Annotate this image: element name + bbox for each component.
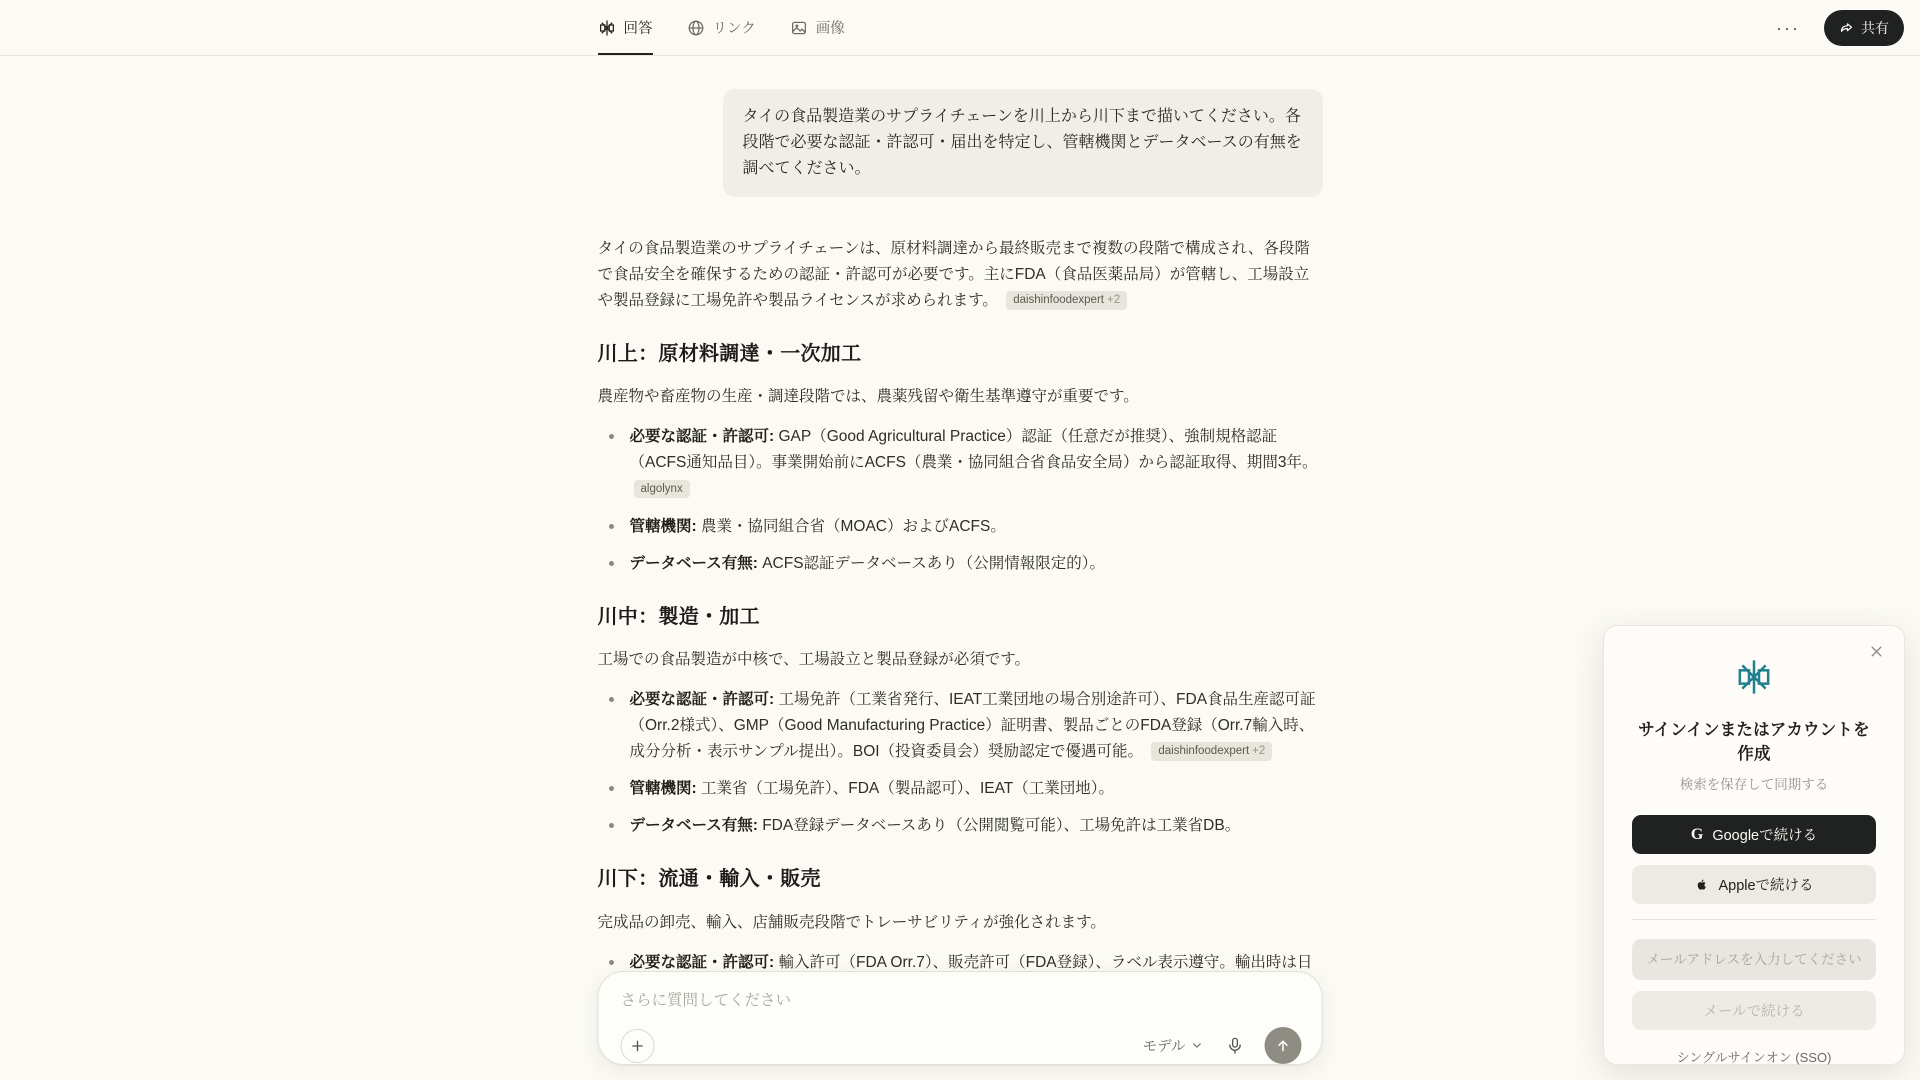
tab-links[interactable]: リンク bbox=[687, 0, 756, 55]
plus-icon bbox=[630, 1038, 646, 1054]
section-heading-downstream: 川下：流通・輸入・販売 bbox=[598, 863, 1323, 897]
google-icon: G bbox=[1691, 826, 1703, 844]
voice-input-button[interactable] bbox=[1224, 1034, 1247, 1057]
section-intro: 農産物や畜産物の生産・調達段階では、農薬残留や衛生基準遵守が重要です。 bbox=[598, 384, 1323, 410]
submit-button[interactable] bbox=[1265, 1027, 1302, 1064]
list-item: データベース有無: ACFS認証データベースあり（公開情報限定的）。 bbox=[598, 551, 1323, 577]
tab-images[interactable]: 画像 bbox=[790, 0, 845, 55]
perplexity-icon bbox=[598, 19, 616, 37]
citation-badge[interactable]: daishinfoodexpert+2 bbox=[1006, 291, 1127, 310]
share-icon bbox=[1839, 21, 1854, 36]
thread-content: タイの食品製造業のサプライチェーンを川上から川下まで描いてください。各段階で必要… bbox=[598, 0, 1323, 1060]
image-icon bbox=[790, 19, 808, 37]
section-heading-upstream: 川上：原材料調達・一次加工 bbox=[598, 338, 1323, 372]
apple-button-label: Appleで続ける bbox=[1718, 874, 1813, 895]
section-intro: 完成品の卸売、輸入、店舗販売段階でトレーサビリティが強化されます。 bbox=[598, 910, 1323, 936]
bullet-list: 必要な認証・許認可: GAP（Good Agricultural Practic… bbox=[598, 424, 1323, 576]
list-item: データベース有無: FDA登録データベースあり（公開閲覧可能）、工場免許は工業省… bbox=[598, 813, 1323, 839]
attach-button[interactable] bbox=[621, 1029, 655, 1063]
section-intro: 工場での食品製造が中核で、工場設立と製品登録が必須です。 bbox=[598, 647, 1323, 673]
signin-modal: サインインまたはアカウントを作成 検索を保存して同期する G Googleで続け… bbox=[1603, 625, 1905, 1065]
user-question: タイの食品製造業のサプライチェーンを川上から川下まで描いてください。各段階で必要… bbox=[723, 89, 1323, 197]
share-button[interactable]: 共有 bbox=[1824, 10, 1904, 46]
email-field[interactable] bbox=[1632, 939, 1876, 980]
list-item: 管轄機関: 農業・協同組合省（MOAC）およびACFS。 bbox=[598, 514, 1323, 540]
assistant-answer: タイの食品製造業のサプライチェーンは、原材料調達から最終販売まで複数の段階で構成… bbox=[598, 236, 1323, 1060]
tab-links-label: リンク bbox=[713, 17, 756, 38]
list-item: 必要な認証・許認可: GAP（Good Agricultural Practic… bbox=[598, 424, 1323, 502]
globe-icon bbox=[687, 19, 705, 37]
tab-images-label: 画像 bbox=[816, 17, 845, 38]
apple-icon bbox=[1694, 876, 1709, 893]
list-item: 必要な認証・許認可: 工場免許（工業省発行、IEAT工業団地の場合別途許可）、F… bbox=[598, 687, 1323, 765]
microphone-icon bbox=[1226, 1036, 1245, 1055]
share-button-label: 共有 bbox=[1861, 18, 1889, 38]
signin-subtitle: 検索を保存して同期する bbox=[1632, 773, 1876, 793]
followup-input[interactable] bbox=[621, 988, 1302, 1014]
section-heading-midstream: 川中：製造・加工 bbox=[598, 601, 1323, 635]
answer-intro: タイの食品製造業のサプライチェーンは、原材料調達から最終販売まで複数の段階で構成… bbox=[598, 236, 1323, 314]
google-button-label: Googleで続ける bbox=[1712, 824, 1817, 845]
bullet-list: 必要な認証・許認可: 工場免許（工業省発行、IEAT工業団地の場合別途許可）、F… bbox=[598, 687, 1323, 839]
thread-header: 回答 リンク 画像 ··· 共有 bbox=[0, 0, 1920, 56]
continue-with-email-button[interactable]: メールで続ける bbox=[1632, 991, 1876, 1030]
sso-link[interactable]: シングルサインオン (SSO) bbox=[1677, 1047, 1832, 1066]
signin-title: サインインまたはアカウントを作成 bbox=[1632, 716, 1876, 764]
model-selector[interactable]: モデル bbox=[1143, 1035, 1204, 1056]
arrow-up-icon bbox=[1275, 1037, 1292, 1054]
followup-composer: モデル bbox=[598, 971, 1323, 1065]
divider bbox=[1632, 919, 1876, 920]
model-selector-label: モデル bbox=[1143, 1035, 1186, 1056]
continue-with-google-button[interactable]: G Googleで続ける bbox=[1632, 815, 1876, 854]
tab-answer[interactable]: 回答 bbox=[598, 0, 653, 55]
close-button[interactable] bbox=[1865, 640, 1888, 663]
chevron-down-icon bbox=[1191, 1039, 1204, 1052]
citation-badge[interactable]: daishinfoodexpert+2 bbox=[1151, 742, 1272, 761]
continue-with-apple-button[interactable]: Appleで続ける bbox=[1632, 865, 1876, 904]
close-icon bbox=[1869, 644, 1884, 659]
more-options-button[interactable]: ··· bbox=[1770, 13, 1806, 43]
tab-answer-label: 回答 bbox=[624, 17, 653, 38]
citation-badge[interactable]: algolynx bbox=[634, 480, 690, 499]
perplexity-logo-icon bbox=[1734, 656, 1774, 698]
list-item: 管轄機関: 工業省（工場免許）、FDA（製品認可）、IEAT（工業団地）。 bbox=[598, 776, 1323, 802]
